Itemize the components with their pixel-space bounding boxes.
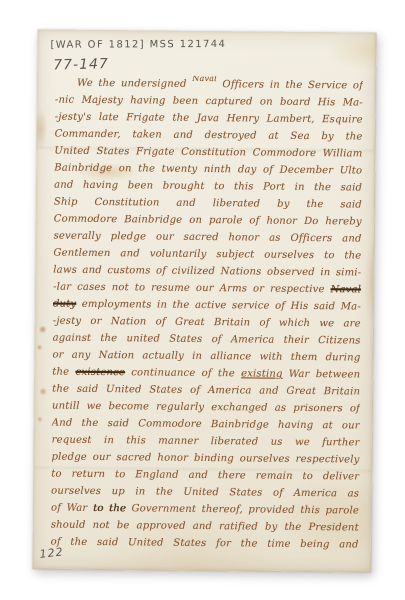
manuscript-segment-dark: to the [93,503,126,514]
manuscript-segment: severally pledge our sacred honor as Off… [54,231,362,245]
manuscript-segment: United States Frigate Constitution Commo… [54,146,362,160]
catalog-annotation: [WAR OF 1812] MSS 121744 [50,39,226,51]
manuscript-segment: laws and customs of civilized Nations ob… [53,265,361,279]
manuscript-segment: -nic Majesty having been captured on boa… [55,95,363,109]
manuscript-line: of the said United States for the time b… [51,534,359,554]
manuscript-segment: of the said United States for the time b… [51,537,359,554]
manuscript-segment: the [52,367,75,378]
manuscript-segment: Government thereof, provided this parole [126,503,359,516]
manuscript-segment: -jesty's late Frigate the Java Henry Lam… [55,112,363,126]
manuscript-segment-strike: Naval [331,284,362,295]
shelf-number-annotation: 77-147 [53,56,109,73]
manuscript-segment: continuance of the [125,367,241,379]
manuscript-segment: employments in the active service of His… [76,299,361,313]
manuscript-segment: Commander, taken and destroyed at Sea by… [55,129,363,143]
manuscript-segment: War between [283,369,361,381]
manuscript-segment: against the united States of America the… [53,333,361,347]
manuscript-segment: Commodore Bainbridge on parole of honor … [54,214,362,228]
manuscript-segment: Gentlemen and voluntarily subject oursel… [53,248,361,262]
manuscript-segment: to return to England and there remain to… [51,469,359,483]
page-number-annotation: 122 [39,545,64,561]
manuscript-segment: of War [51,503,93,514]
manuscript-segment: And the said Commodore Bainbridge having… [52,418,360,432]
manuscript-page: [WAR OF 1812] MSS 121744 77-147 We the u… [32,29,376,572]
manuscript-segment: or any Nation actually in alliance with … [52,350,360,364]
manuscript-segment: Bainbridge on the twenty ninth day of De… [54,163,362,177]
manuscript-segment: and having been brought to this Port in … [54,180,362,194]
manuscript-segment-strike: duty [53,299,76,310]
manuscript-segment: should not be approved and ratified by t… [51,520,359,534]
manuscript-segment-underline: existing [241,368,283,379]
manuscript-segment: Ship Constitution and liberated by the s… [54,197,362,211]
manuscript-segment-sup: Naval [192,75,217,84]
manuscript-lines: We the undersigned Naval Officers in the… [51,75,364,554]
manuscript-segment-strike: existence [75,367,125,378]
manuscript-segment: -lar cases not to resume our Arms or res… [53,282,331,296]
manuscript-segment: pledge our sacred honor binding ourselve… [51,452,359,466]
manuscript-segment: the said United States of America and Gr… [52,384,360,398]
manuscript-segment: We the undersigned [77,78,192,90]
photo-background: [WAR OF 1812] MSS 121744 77-147 We the u… [0,0,405,600]
